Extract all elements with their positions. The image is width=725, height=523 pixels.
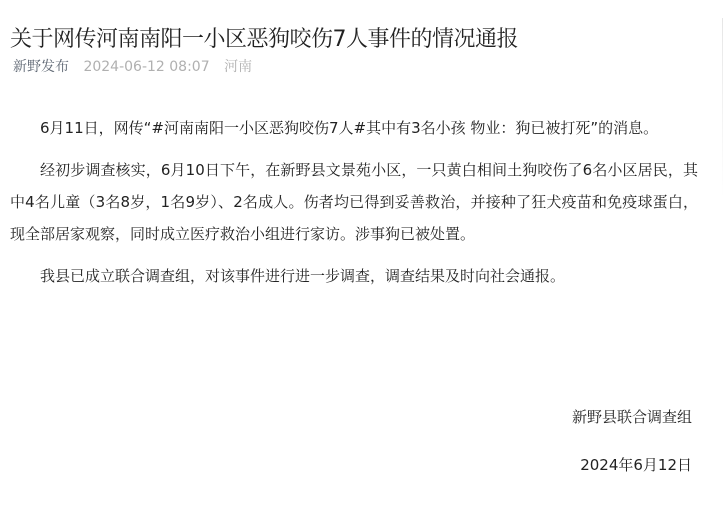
signature-organization: 新野县联合调查组: [572, 405, 692, 429]
article: 关于网传河南南阳一小区恶狗咬伤7人事件的情况通报 新野发布 2024-06-12…: [0, 0, 725, 523]
paragraph-rumor: 6月11日，网传“#河南南阳一小区恶狗咬伤7人#其中有3名小孩 物业：狗已被打死…: [10, 112, 698, 144]
article-title: 关于网传河南南阳一小区恶狗咬伤7人事件的情况通报: [10, 25, 518, 55]
page-edge-divider: [722, 18, 723, 198]
paragraph-findings: 经初步调查核实，6月10日下午，在新野县文景苑小区，一只黄白相间土狗咬伤了6名小…: [10, 154, 698, 250]
region-label: 河南: [224, 59, 252, 75]
paragraph-followup: 我县已成立联合调查组，对该事件进行进一步调查，调查结果及时向社会通报。: [10, 260, 698, 292]
article-meta: 新野发布 2024-06-12 08:07 河南: [13, 57, 252, 77]
article-body: 6月11日，网传“#河南南阳一小区恶狗咬伤7人#其中有3名小孩 物业：狗已被打死…: [10, 112, 698, 302]
signature-date: 2024年6月12日: [580, 453, 692, 477]
author-link[interactable]: 新野发布: [13, 59, 69, 75]
publish-time: 2024-06-12 08:07: [83, 59, 209, 75]
